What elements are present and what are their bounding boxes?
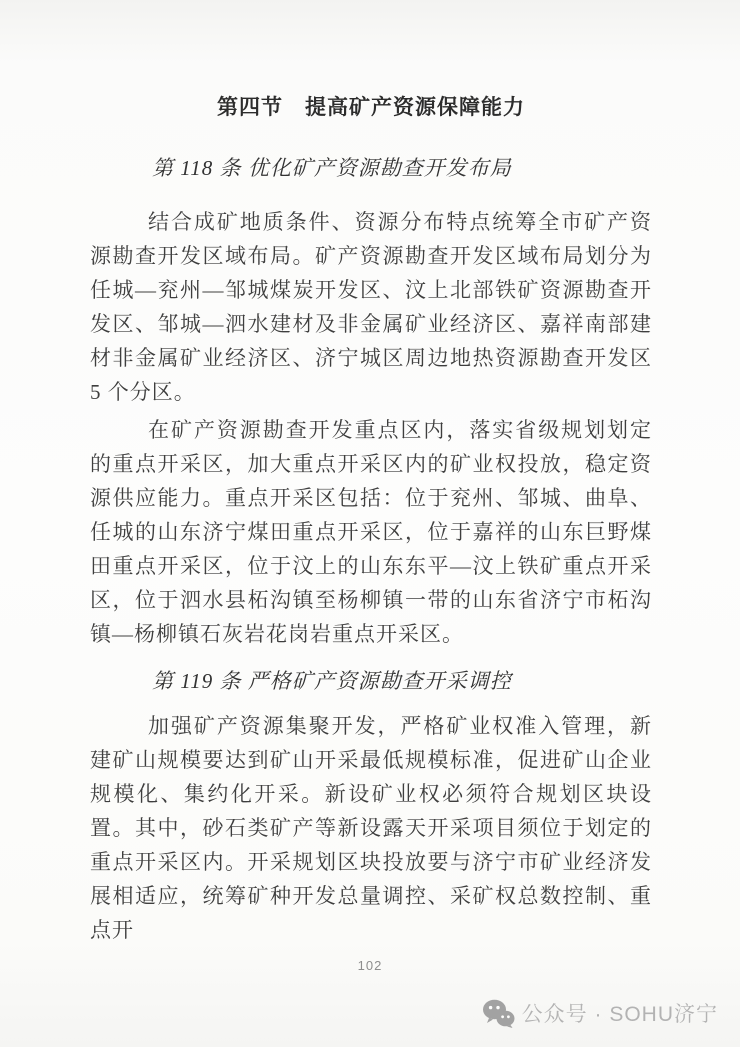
- article-118-paragraph-2: 在矿产资源勘查开发重点区内，落实省级规划划定的重点开采区，加大重点开采区内的矿业…: [90, 413, 652, 651]
- section-title: 第四节 提高矿产资源保障能力: [90, 94, 652, 121]
- document-page: 第四节 提高矿产资源保障能力 第 118 条 优化矿产资源勘查开发布局 结合成矿…: [0, 0, 740, 1047]
- watermark: 公众号 · SOHU济宁: [482, 998, 718, 1028]
- article-119-paragraph-1: 加强矿产资源集聚开发，严格矿业权准入管理，新建矿山规模要达到矿山开采最低规模标准…: [90, 709, 652, 947]
- article-119-heading: 第 119 条 严格矿产资源勘查开采调控: [90, 667, 652, 695]
- page-content: 第四节 提高矿产资源保障能力 第 118 条 优化矿产资源勘查开发布局 结合成矿…: [0, 0, 740, 947]
- watermark-text: 公众号 · SOHU济宁: [522, 998, 718, 1028]
- page-number: 102: [0, 958, 740, 973]
- wechat-icon: [482, 999, 515, 1028]
- article-118-paragraph-1: 结合成矿地质条件、资源分布特点统筹全市矿产资源勘查开发区域布局。矿产资源勘查开发…: [90, 205, 652, 409]
- article-118-heading: 第 118 条 优化矿产资源勘查开发布局: [90, 154, 652, 182]
